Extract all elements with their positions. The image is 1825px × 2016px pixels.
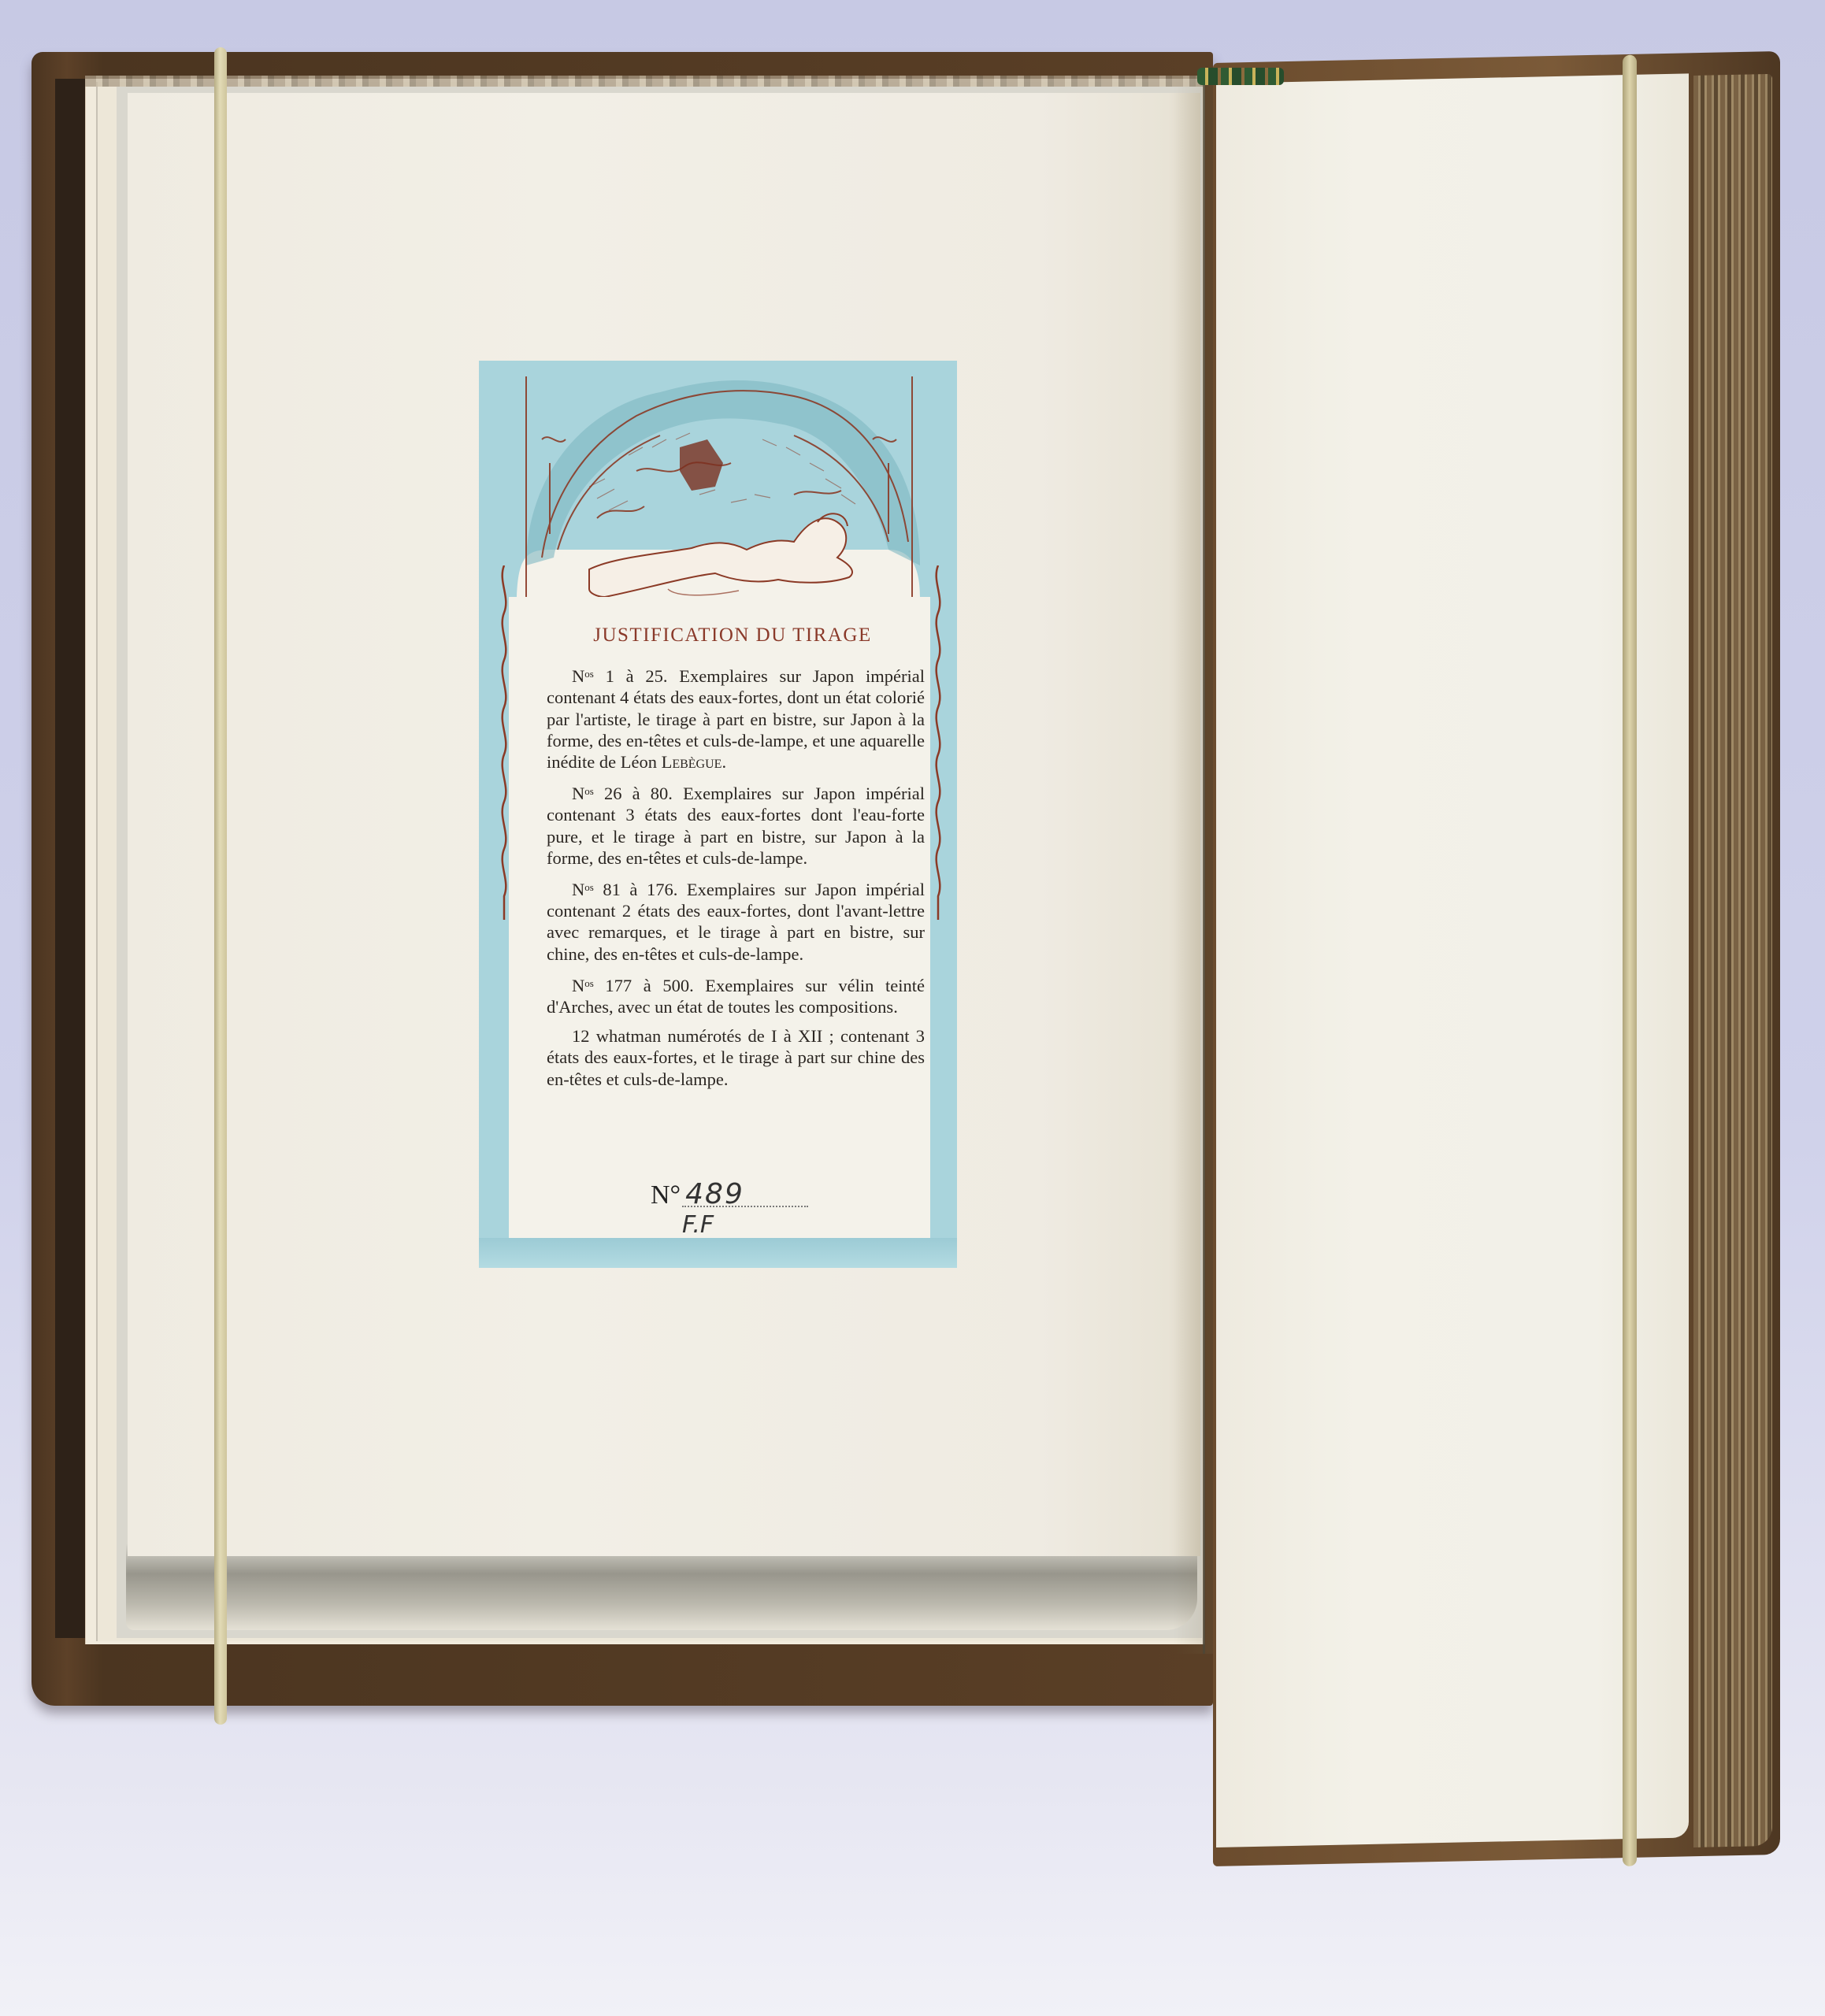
copy-number: N°489 (651, 1178, 808, 1210)
gutter-line (1203, 79, 1205, 1654)
entry-text: 177 à 500. Exemplaires sur vélin teinté … (547, 976, 925, 1017)
colophon-entry-5: 12 whatman numérotés de I à XII ; conten… (547, 1025, 925, 1090)
entry-prefix-sup: os (584, 785, 594, 797)
number-label: N° (651, 1180, 681, 1210)
reclining-figure-illustration-icon (479, 361, 957, 597)
entry-text: 81 à 176. Exemplaires sur Japon impérial… (547, 880, 925, 964)
entry-text: 12 whatman numérotés de I à XII ; conten… (547, 1026, 925, 1088)
right-page[interactable] (1216, 73, 1689, 1847)
colophon-entry-2: Nos 26 à 80. Exemplaires sur Japon impér… (547, 780, 925, 869)
colophon-frame: JUSTIFICATION DU TIRAGE Nos 1 à 25. Exem… (479, 361, 957, 1268)
deckle-edge-top (85, 76, 1204, 87)
colophon-entry-4: Nos 177 à 500. Exemplaires sur vélin tei… (547, 973, 925, 1017)
page-bottom-shadow (126, 1543, 1197, 1630)
entry-prefix: N (572, 880, 584, 899)
entry-prefix: N (572, 976, 584, 995)
entry-prefix: N (572, 784, 584, 803)
colophon-title: JUSTIFICATION DU TIRAGE (540, 624, 925, 646)
colophon-text-block: JUSTIFICATION DU TIRAGE Nos 1 à 25. Exem… (547, 624, 925, 1098)
entry-prefix-sup: os (584, 668, 594, 680)
vine-border-right-icon (930, 565, 946, 920)
left-cover-inner-edge (55, 79, 87, 1638)
colophon-entry-3: Nos 81 à 176. Exemplaires sur Japon impé… (547, 876, 925, 965)
fore-edge-pages (1693, 74, 1772, 1847)
entry-text: 26 à 80. Exemplaires sur Japon impérial … (547, 784, 925, 868)
entry-prefix-sup: os (584, 977, 594, 989)
dotted-line (682, 1206, 808, 1207)
colophon-entry-1: Nos 1 à 25. Exemplaires sur Japon impéri… (547, 663, 925, 773)
entry-prefix: N (572, 666, 584, 686)
author-name: Lebègue (662, 752, 722, 772)
frame-bevel-bottom (479, 1238, 957, 1268)
entry-suffix: . (721, 752, 726, 772)
entry-prefix-sup: os (584, 881, 594, 893)
elastic-band-right (1623, 55, 1637, 1866)
handwritten-initials: F.F (682, 1211, 714, 1239)
vine-border-left-icon (496, 565, 512, 920)
entry-text: 1 à 25. Exemplaires sur Japon impérial c… (547, 666, 925, 772)
elastic-band-left (214, 47, 227, 1725)
gutter-shade (1174, 79, 1213, 1654)
headband (1197, 68, 1284, 85)
